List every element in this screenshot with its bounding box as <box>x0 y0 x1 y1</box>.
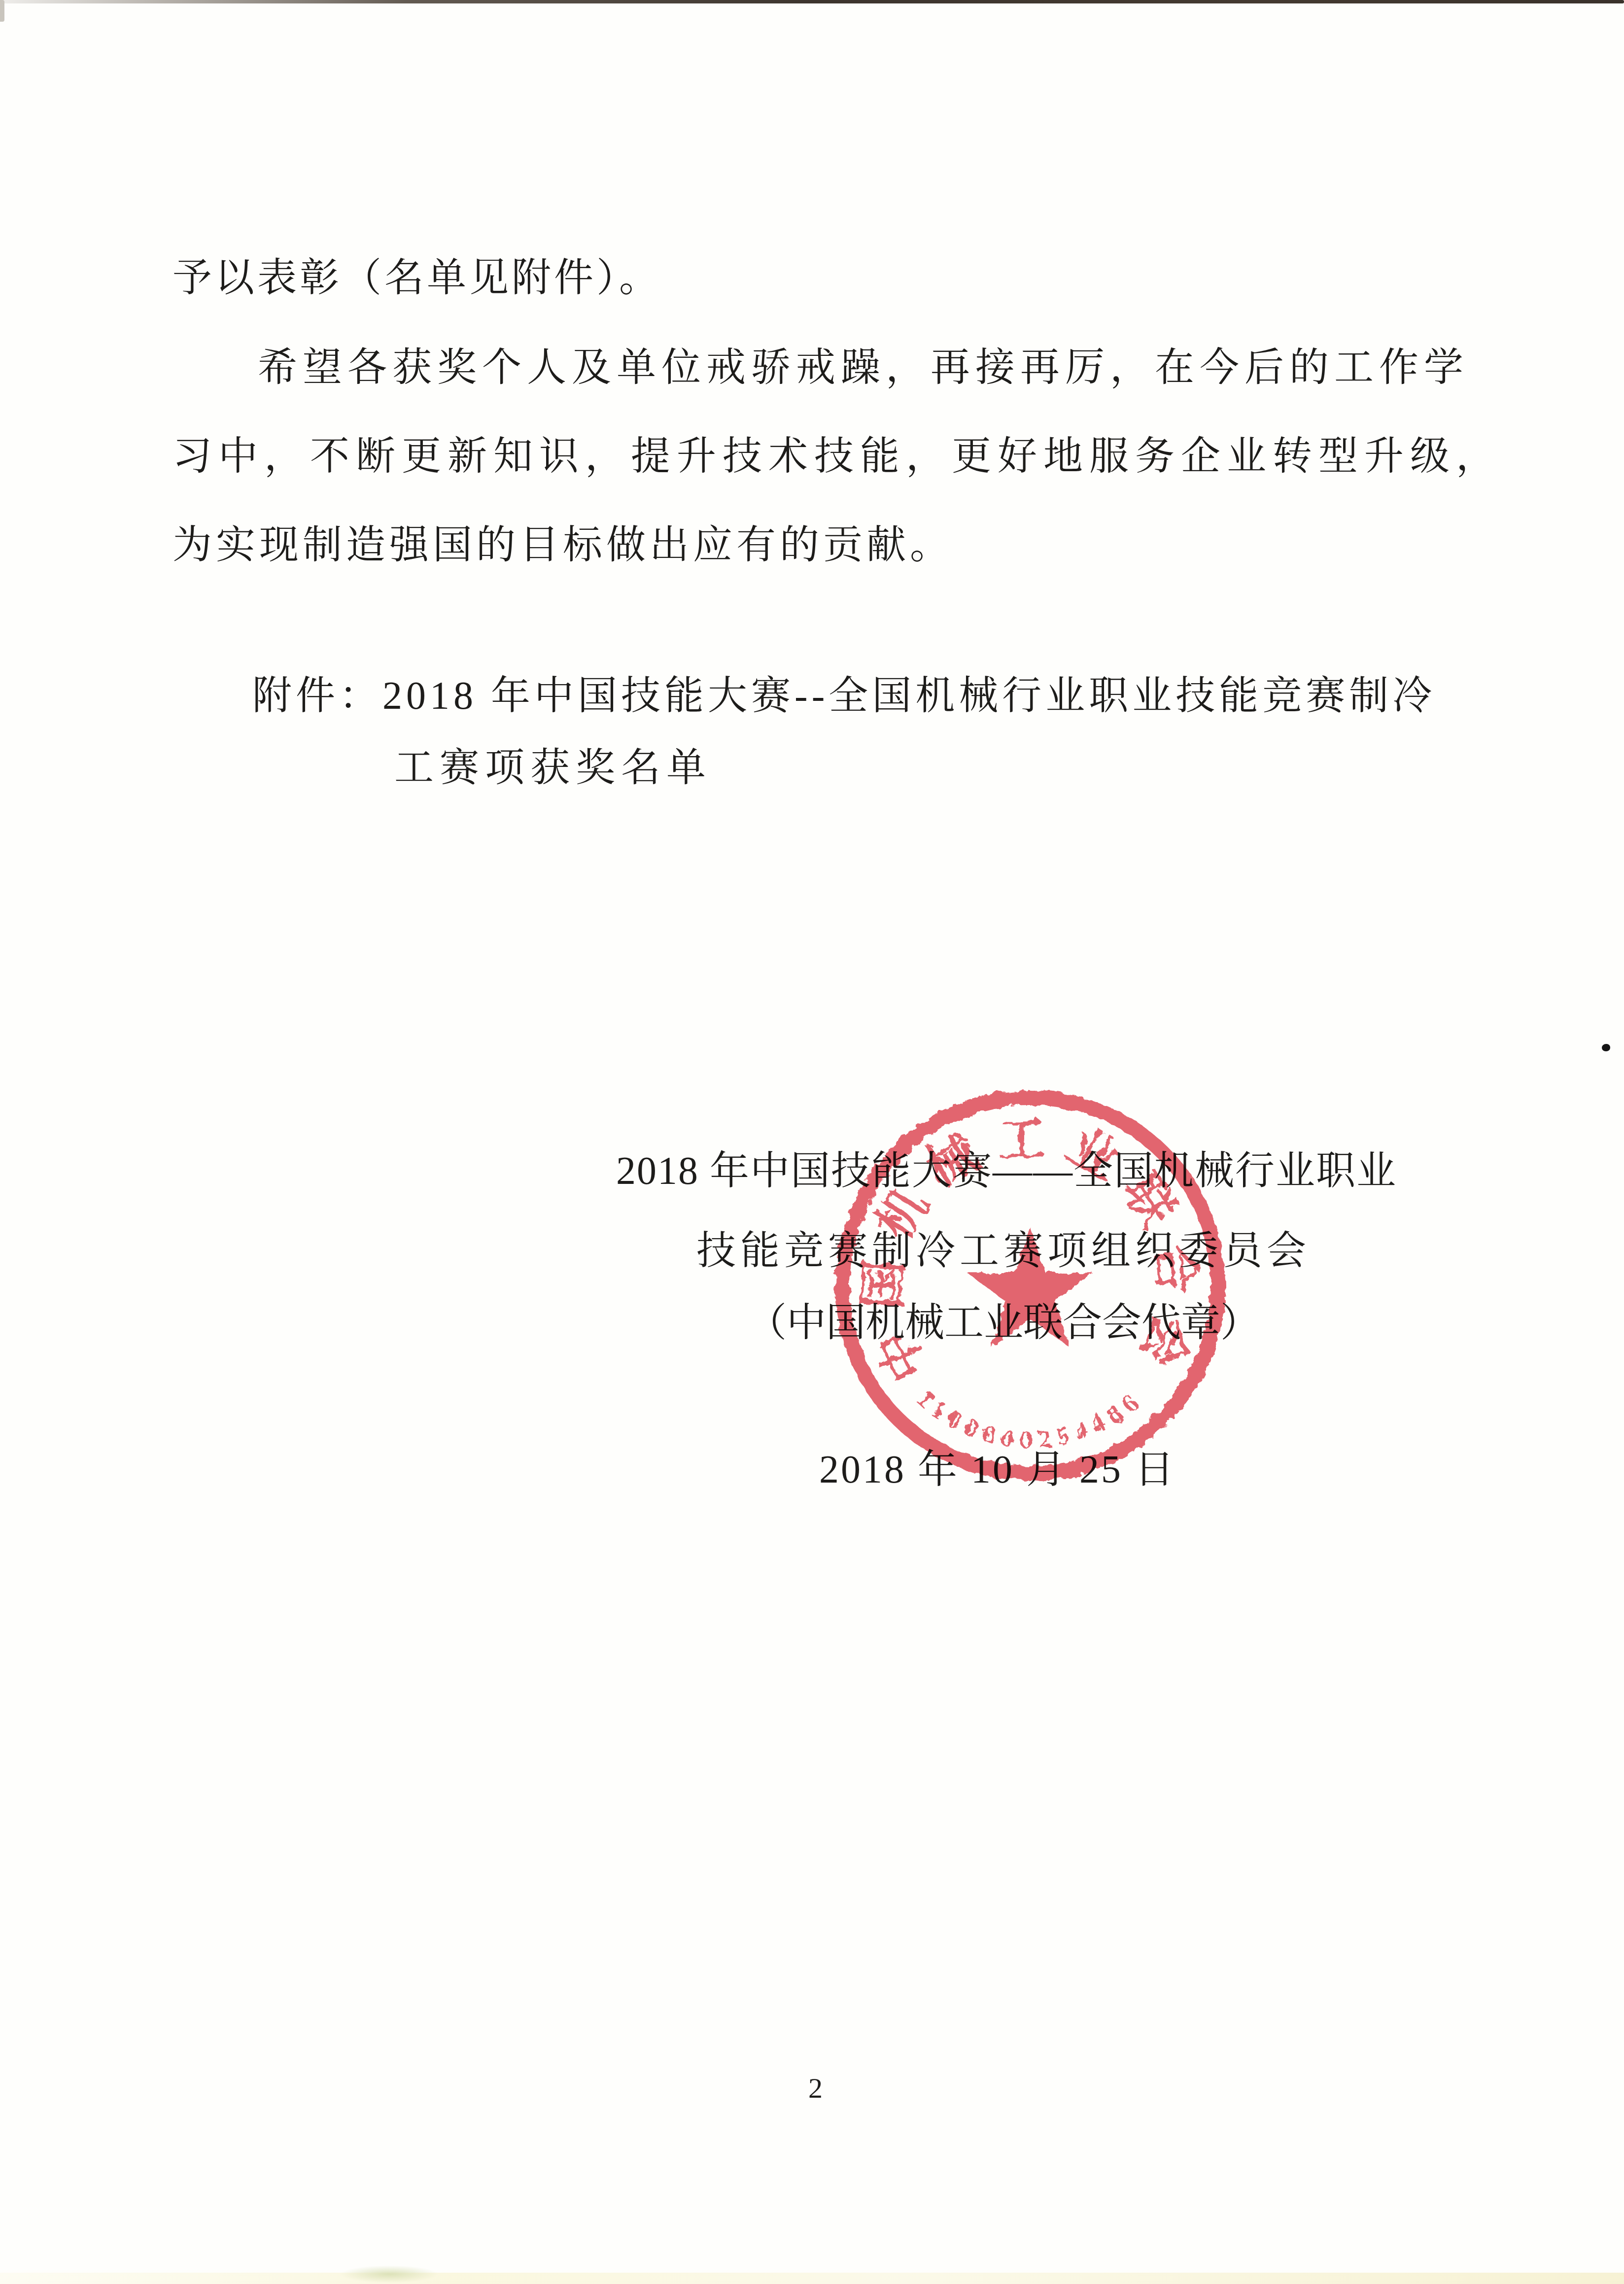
paragraph2-line1: 希望各获奖个人及单位戒骄戒躁，再接再厉，在今后的工作学 <box>258 348 1469 387</box>
scan-top-edge-artifact <box>0 0 1624 3</box>
scan-left-edge-artifact <box>0 0 4 22</box>
paragraph1-ending-line: 予以表彰（名单见附件）。 <box>173 258 661 298</box>
official-seal: 中国机械工业联合会 1100000254486 <box>833 1088 1227 1483</box>
ink-speck <box>1602 1044 1610 1051</box>
scan-bottom-edge-artifact <box>0 2273 1624 2284</box>
attachment-reference-line1: 附件：2018 年中国技能大赛--全国机械行业职业技能竞赛制冷 <box>252 676 1436 716</box>
scan-bottom-smudge <box>340 2265 439 2283</box>
document-page: 予以表彰（名单见附件）。 希望各获奖个人及单位戒骄戒躁，再接再厉，在今后的工作学… <box>0 0 1624 2284</box>
page-number: 2 <box>808 2074 823 2103</box>
paragraph2-line2: 习中，不断更新知识，提升技术技能，更好地服务企业转型升级， <box>173 437 1502 476</box>
attachment-reference-line2: 工赛项获奖名单 <box>394 748 712 788</box>
seal-star-icon <box>967 1227 1094 1347</box>
seal-serial-number: 1100000254486 <box>911 1384 1149 1454</box>
paragraph2-line3: 为实现制造强国的目标做出应有的贡献。 <box>173 525 953 565</box>
